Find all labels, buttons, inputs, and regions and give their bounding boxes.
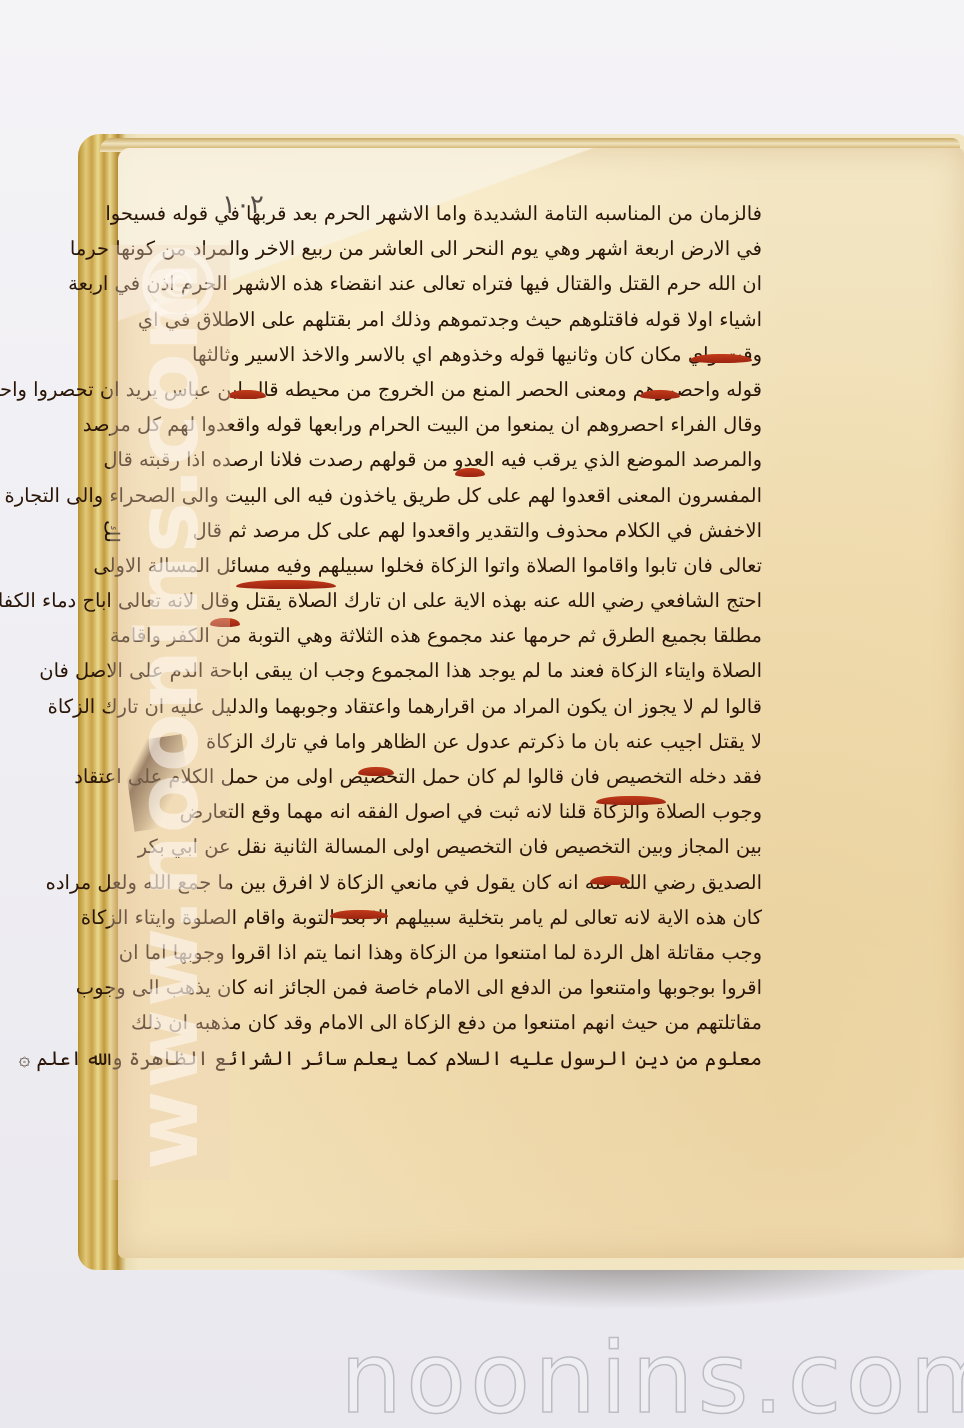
rubric-mark: [640, 390, 680, 399]
text-line: الصديق رضي الله عنه انه كان يقول في مانع…: [206, 865, 762, 900]
rubric-mark: [596, 796, 666, 805]
rubric-mark: [228, 390, 266, 399]
text-line: كان هذه الاية لانه تعالى لم يامر بتخلية …: [206, 900, 762, 935]
text-line: مقاتلتهم من حيث انهم امتنعوا من دفع الزك…: [206, 1005, 762, 1040]
text-line: تعالى فان تابوا واقاموا الصلاة واتوا الز…: [206, 548, 762, 583]
text-line: قوله واحصروهم ومعنى الحصر المنع من الخرو…: [206, 372, 762, 407]
copyright-icon: ©: [142, 248, 214, 320]
text-line: وجب مقاتلة اهل الردة لما امتنعوا من الزك…: [206, 935, 762, 970]
manuscript-text: فالزمان من المناسبه التامة الشديدة واما …: [206, 196, 762, 1076]
rubric-mark: [358, 767, 394, 776]
rubric-mark: [455, 468, 485, 477]
text-line: فقد دخله التخصيص فان قالوا لم كان حمل ال…: [206, 759, 762, 794]
text-line: مطلقا بجميع الطرق ثم حرمها عند مجموع هذه…: [206, 618, 762, 653]
text-line: اقروا بوجوبها وامتنعوا من الدفع الى الام…: [206, 970, 762, 1005]
text-line: معلوم من دين الرسول عليه السلام كما يعلم…: [206, 1041, 762, 1076]
text-line: وقال الفراء احصروهم ان يمنعوا من البيت ا…: [206, 407, 762, 442]
rubric-mark: [236, 580, 336, 589]
text-line: اشياء اولا قوله فاقتلوهم حيث وجدتموهم وذ…: [206, 302, 762, 337]
text-line: وجوب الصلاة والزكاة قلنا لانه ثبت في اصو…: [206, 794, 762, 829]
text-line: المفسرون المعنى اقعدوا لهم على كل طريق ي…: [206, 478, 762, 513]
text-line: ان الله حرم القتل والقتال فيها فتراه تعا…: [206, 266, 762, 301]
text-line: في الارض اربعة اشهر وهي يوم النحر الى ال…: [206, 231, 762, 266]
rubric-mark: [690, 354, 752, 363]
text-line: بين المجاز وبين التخصيص فان التخصيص اولى…: [206, 829, 762, 864]
text-line: الصلاة وايتاء الزكاة فعند ما لم يوجد هذا…: [206, 653, 762, 688]
text-line: وقت واي مكان كان وثانيها قوله وخذوهم اي …: [206, 337, 762, 372]
text-line: فالزمان من المناسبه التامة الشديدة واما …: [206, 196, 762, 231]
text-line: الاخفش في الكلام محذوف والتقدير واقعدوا …: [206, 513, 762, 548]
rubric-mark: [590, 876, 630, 885]
watermark-bottom: noonins.com: [340, 1322, 964, 1428]
watermark-vertical: www.noonins.com: [118, 260, 218, 1170]
rubric-mark: [330, 910, 388, 919]
text-line: لا يقتل اجيب عنه بان ما ذكرتم عدول عن ال…: [206, 724, 762, 759]
text-line: قالوا لم لا يجوز ان يكون المراد من اقرار…: [206, 689, 762, 724]
